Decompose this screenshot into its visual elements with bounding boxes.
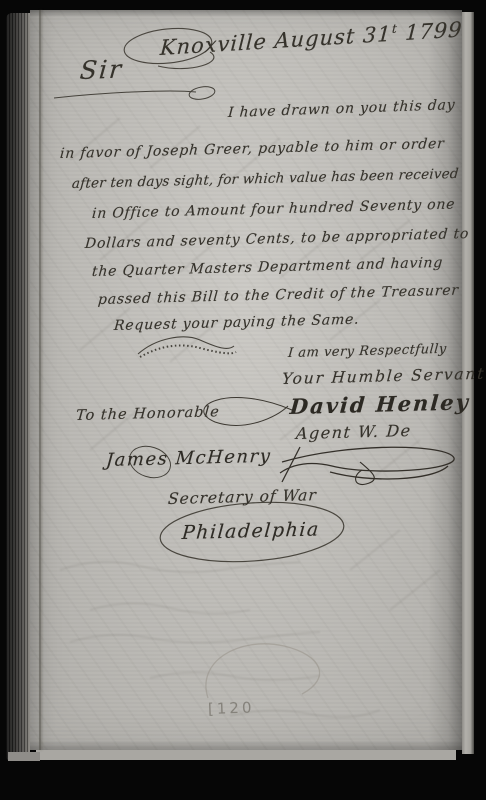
- signature-name: David Henley: [289, 389, 471, 419]
- pencil-page-number: [120: [208, 698, 255, 718]
- bottom-page-stack-corner: [8, 752, 40, 761]
- manuscript-page: Knoxville August 31t 1799 Sir I have dra…: [30, 10, 462, 750]
- salutation: Sir: [79, 54, 125, 85]
- scanned-letterbook-page: Knoxville August 31t 1799 Sir I have dra…: [0, 0, 486, 800]
- salutation-underline-flourish: [54, 85, 216, 101]
- signature-title: Agent W. De: [295, 421, 412, 443]
- pencil-oval-mark: [206, 644, 320, 698]
- signature-underflourish: [280, 447, 454, 485]
- book-binding-page-stack: [6, 13, 30, 760]
- address-city: Philadelphia: [181, 518, 320, 544]
- address-recipient-name: James McHenry: [105, 446, 272, 471]
- dateline-year: 1799: [397, 17, 463, 45]
